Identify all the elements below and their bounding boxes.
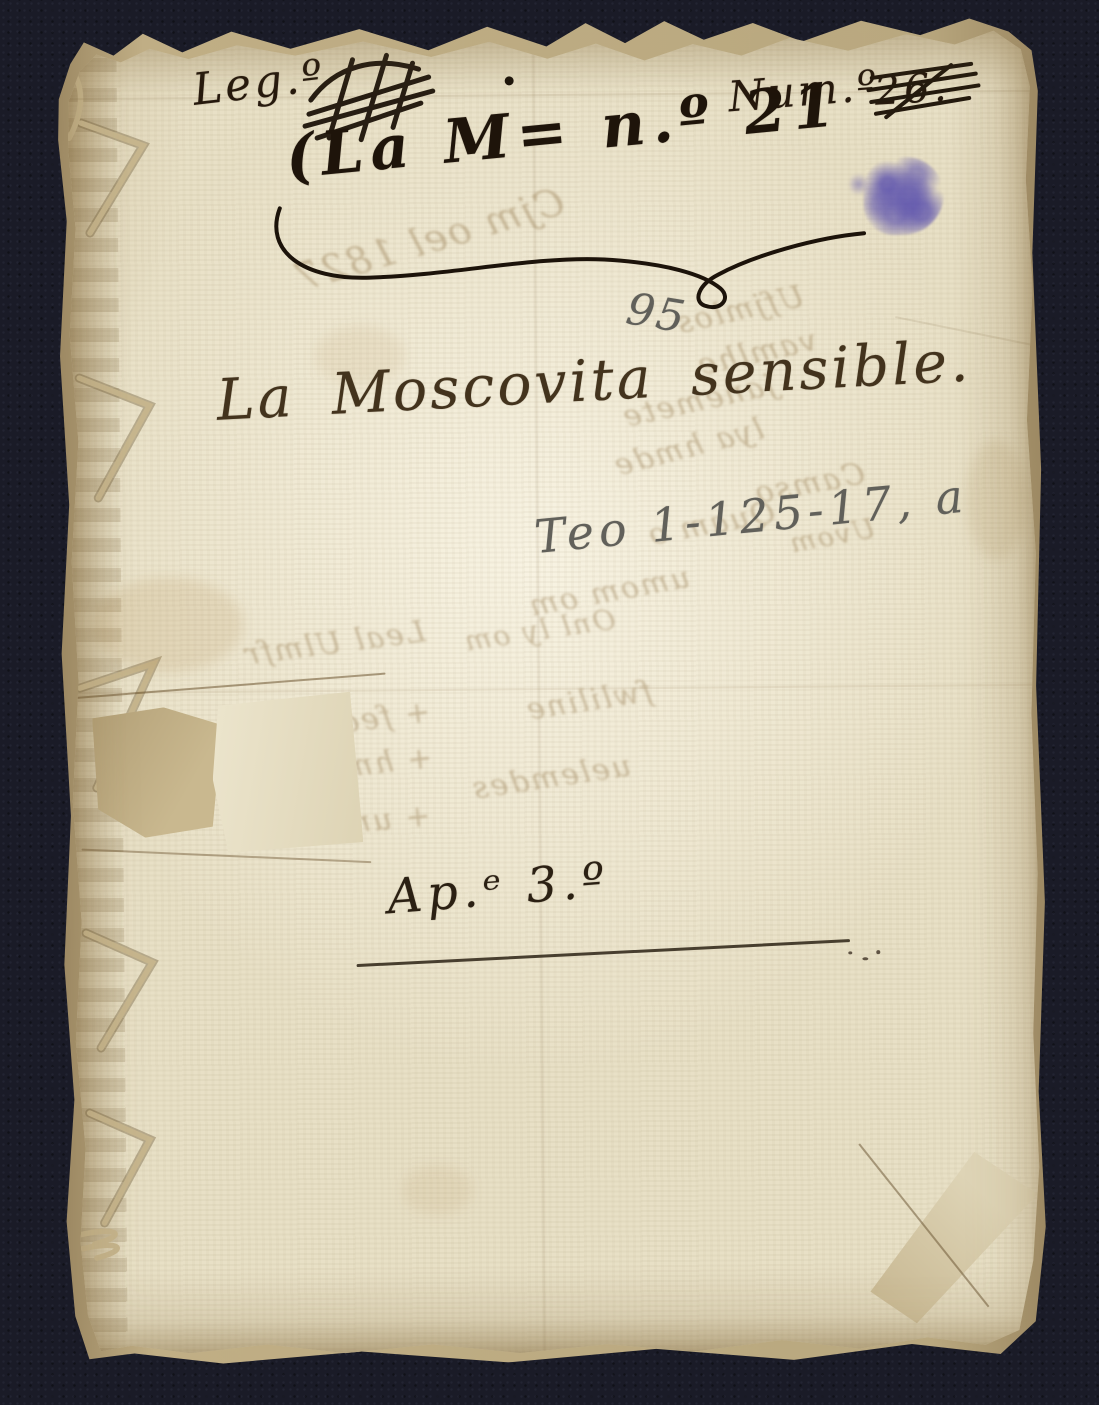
manuscript-cover: Cjm oel 1827 Ufjmlos vamlhe janemete lya…: [62, 20, 1044, 1362]
ink-speck: [876, 950, 880, 954]
numero-crossed-value: 26.: [867, 59, 982, 126]
bleedthrough-text: uelemdes: [469, 751, 633, 805]
ink-speck: [848, 951, 852, 954]
ink-dot: [505, 76, 514, 85]
blue-ink-stamp-smudge: [849, 171, 867, 197]
tear-flap: [212, 692, 363, 853]
manuscript-title: La Moscovita sensible.: [215, 333, 972, 429]
ink-speck: [862, 957, 868, 960]
tear-crack: [82, 849, 372, 864]
section-heading: Ap.ᵉ 3.º: [386, 856, 612, 921]
paper-tear: [74, 657, 394, 880]
flourish-underline: [272, 199, 873, 324]
paper-stain: [966, 440, 1027, 561]
paper-stain: [402, 1165, 472, 1216]
strikethrough-lines: [867, 59, 982, 126]
folded-corner: [844, 1148, 1056, 1328]
pencil-reference: Teo 1-125-17, a: [532, 472, 969, 559]
bleedthrough-text: Onl ly om: [461, 605, 617, 655]
bleedthrough-text: fwliline: [523, 677, 654, 726]
section-underline: [357, 939, 851, 967]
photograph-background: Cjm oel 1827 Ufjmlos vamlhe janemete lya…: [0, 0, 1099, 1405]
tear-recess: [92, 707, 223, 838]
blue-ink-stamp: [863, 157, 944, 236]
pencil-number: 95: [623, 287, 689, 340]
